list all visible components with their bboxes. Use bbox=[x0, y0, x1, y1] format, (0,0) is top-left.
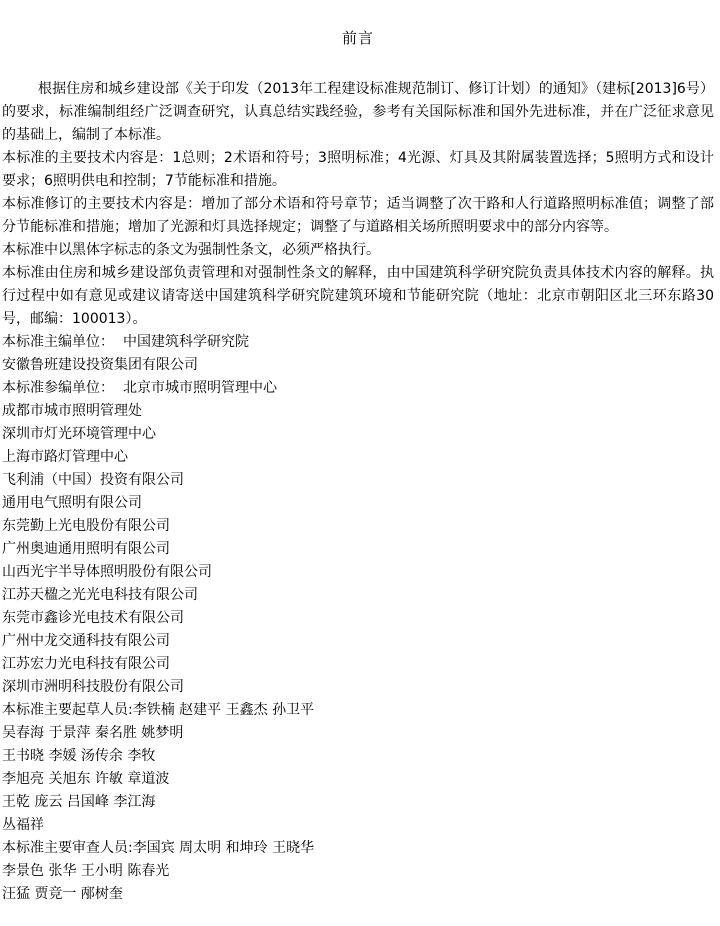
participant-unit: 江苏天楹之光光电科技有限公司 bbox=[2, 584, 714, 607]
participants-first-line: 本标准参编单位：北京市城市照明管理中心 bbox=[2, 377, 714, 400]
reviewer-names: 李景色 张华 王小明 陈春光 bbox=[2, 860, 714, 883]
preface-paragraph-basis: 根据住房和城乡建设部《关于印发（2013年工程建设标准规范制订、修订计划）的通知… bbox=[2, 78, 714, 147]
reviewer-names: 汪猛 贾竞一 邴树奎 bbox=[2, 883, 714, 906]
chief-editor-unit: 安徽鲁班建设投资集团有限公司 bbox=[2, 354, 714, 377]
drafter-names: 吴春海 于景萍 秦名胜 姚梦明 bbox=[2, 722, 714, 745]
preface-paragraph-mandatory: 本标准中以黑体字标志的条文为强制性条文，必须严格执行。 bbox=[2, 239, 714, 262]
participant-unit: 飞利浦（中国）投资有限公司 bbox=[2, 469, 714, 492]
reviewers-section: 本标准主要审查人员:李国宾 周太明 和坤玲 王晓华 李景色 张华 王小明 陈春光… bbox=[2, 837, 714, 906]
chief-editor-label: 本标准主编单位： bbox=[2, 334, 114, 350]
document-page: 前言 根据住房和城乡建设部《关于印发（2013年工程建设标准规范制订、修订计划）… bbox=[0, 0, 720, 926]
participant-unit: 上海市路灯管理中心 bbox=[2, 446, 714, 469]
participant-unit: 深圳市灯光环境管理中心 bbox=[2, 423, 714, 446]
drafter-names: 丛福祥 bbox=[2, 814, 714, 837]
chief-editor-unit: 中国建筑科学研究院 bbox=[123, 334, 249, 350]
preface-paragraph-contents: 本标准的主要技术内容是：1总则；2术语和符号；3照明标准；4光源、灯具及其附属装… bbox=[2, 147, 714, 193]
preface-paragraph-revisions: 本标准修订的主要技术内容是：增加了部分术语和符号章节；适当调整了次干路和人行道路… bbox=[2, 193, 714, 239]
page-title: 前言 bbox=[2, 27, 714, 48]
participant-unit: 通用电气照明有限公司 bbox=[2, 492, 714, 515]
reviewer-names: 李国宾 周太明 和坤玲 王晓华 bbox=[133, 840, 314, 856]
participants-label: 本标准参编单位： bbox=[2, 380, 114, 396]
participant-unit: 深圳市洲明科技股份有限公司 bbox=[2, 676, 714, 699]
participant-unit: 广州奥迪通用照明有限公司 bbox=[2, 538, 714, 561]
preface-paragraph-management: 本标准由住房和城乡建设部负责管理和对强制性条文的解释，由中国建筑科学研究院负责具… bbox=[2, 262, 714, 331]
drafter-names: 李铁楠 赵建平 王鑫杰 孙卫平 bbox=[133, 702, 314, 718]
drafter-names: 李旭亮 关旭东 许敏 章道波 bbox=[2, 768, 714, 791]
participant-unit: 江苏宏力光电科技有限公司 bbox=[2, 653, 714, 676]
chief-editor-section: 本标准主编单位：中国建筑科学研究院 安徽鲁班建设投资集团有限公司 bbox=[2, 331, 714, 377]
drafters-first-line: 本标准主要起草人员:李铁楠 赵建平 王鑫杰 孙卫平 bbox=[2, 699, 714, 722]
participant-unit: 广州中龙交通科技有限公司 bbox=[2, 630, 714, 653]
participant-unit: 东莞市鑫诊光电技术有限公司 bbox=[2, 607, 714, 630]
participant-unit: 成都市城市照明管理处 bbox=[2, 400, 714, 423]
reviewers-label: 本标准主要审查人员: bbox=[2, 840, 133, 856]
drafters-label: 本标准主要起草人员: bbox=[2, 702, 133, 718]
participant-unit: 东莞勤上光电股份有限公司 bbox=[2, 515, 714, 538]
participants-section: 本标准参编单位：北京市城市照明管理中心 成都市城市照明管理处 深圳市灯光环境管理… bbox=[2, 377, 714, 699]
drafters-section: 本标准主要起草人员:李铁楠 赵建平 王鑫杰 孙卫平 吴春海 于景萍 秦名胜 姚梦… bbox=[2, 699, 714, 837]
reviewers-first-line: 本标准主要审查人员:李国宾 周太明 和坤玲 王晓华 bbox=[2, 837, 714, 860]
drafter-names: 王书晓 李媛 汤传余 李牧 bbox=[2, 745, 714, 768]
drafter-names: 王乾 庞云 吕国峰 李江海 bbox=[2, 791, 714, 814]
chief-editor-first-line: 本标准主编单位：中国建筑科学研究院 bbox=[2, 331, 714, 354]
participant-unit: 山西光宇半导体照明股份有限公司 bbox=[2, 561, 714, 584]
participant-unit: 北京市城市照明管理中心 bbox=[123, 380, 277, 396]
